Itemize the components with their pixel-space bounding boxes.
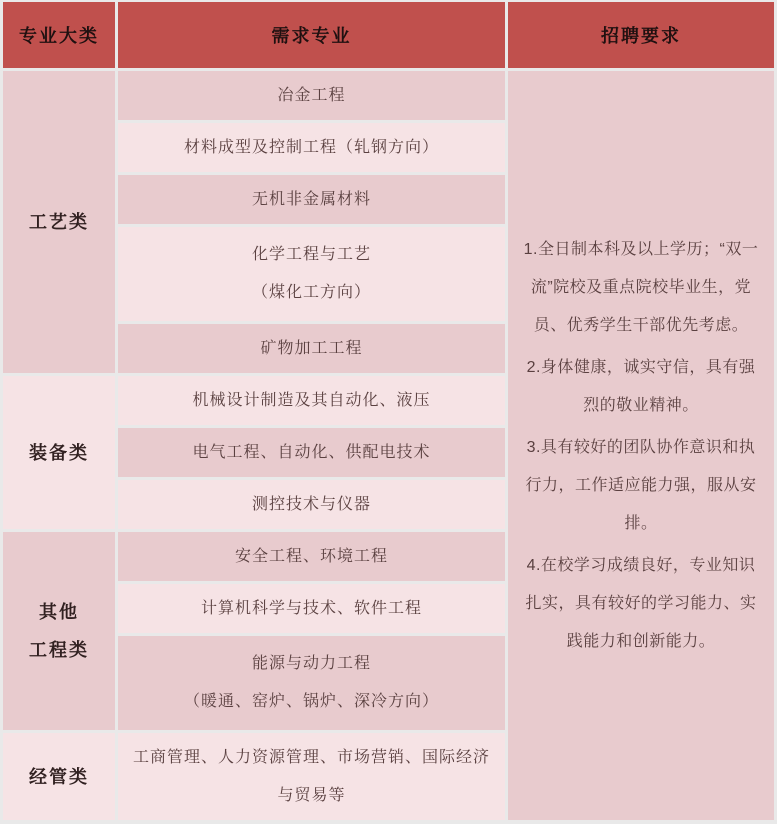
major-label: 化学工程与工艺 <box>252 236 371 274</box>
major-label: 电气工程、自动化、供配电技术 <box>192 434 430 472</box>
category-label: 经管类 <box>29 758 89 796</box>
header-requirements-label: 招聘要求 <box>601 22 681 48</box>
category-cell-economics-management: 经管类 <box>3 733 115 820</box>
requirement-item: 4.在校学习成绩良好，专业知识扎实，具有较好的学习能力、实践能力和创新能力。 <box>520 547 762 661</box>
major-label: 测控技术与仪器 <box>252 486 371 524</box>
major-cell: 测控技术与仪器 <box>118 480 505 529</box>
major-label: 机械设计制造及其自动化、液压 <box>192 382 430 420</box>
category-cell-process: 工艺类 <box>3 71 115 373</box>
category-cell-other-engineering: 其他 工程类 <box>3 532 115 730</box>
major-cell: 材料成型及控制工程（轧钢方向） <box>118 123 505 172</box>
major-cell: 无机非金属材料 <box>118 175 505 224</box>
requirement-item: 2.身体健康，诚实守信，具有强烈的敬业精神。 <box>520 349 762 425</box>
page: 专业大类 需求专业 招聘要求 工艺类 装备类 其他 工程类 经管类 冶金工程 材… <box>0 0 777 824</box>
major-cell: 化学工程与工艺 （煤化工方向） <box>118 227 505 321</box>
recruitment-table: 专业大类 需求专业 招聘要求 工艺类 装备类 其他 工程类 经管类 冶金工程 材… <box>3 2 774 820</box>
major-cell: 工商管理、人力资源管理、市场营销、国际经济 与贸易等 <box>118 733 505 820</box>
major-cell: 电气工程、自动化、供配电技术 <box>118 428 505 477</box>
major-label: （暖通、窑炉、锅炉、深冷方向） <box>184 683 439 721</box>
major-label: 安全工程、环境工程 <box>235 538 388 576</box>
major-label: 冶金工程 <box>277 77 345 115</box>
header-majors-label: 需求专业 <box>272 22 352 48</box>
major-label: （煤化工方向） <box>252 274 371 312</box>
header-category-label: 专业大类 <box>19 22 99 48</box>
major-label: 计算机科学与技术、软件工程 <box>201 590 422 628</box>
major-label: 材料成型及控制工程（轧钢方向） <box>184 129 439 167</box>
major-cell: 能源与动力工程 （暖通、窑炉、锅炉、深冷方向） <box>118 636 505 730</box>
category-cell-equipment: 装备类 <box>3 376 115 529</box>
category-label: 工程类 <box>29 631 89 669</box>
major-label: 与贸易等 <box>277 777 345 815</box>
major-cell: 安全工程、环境工程 <box>118 532 505 581</box>
header-cell-category: 专业大类 <box>3 2 115 68</box>
requirements-cell: 1.全日制本科及以上学历；“双一流”院校及重点院校毕业生，党员、优秀学生干部优先… <box>508 71 774 820</box>
major-label: 无机非金属材料 <box>252 181 371 219</box>
requirement-item: 1.全日制本科及以上学历；“双一流”院校及重点院校毕业生，党员、优秀学生干部优先… <box>520 231 762 345</box>
major-label: 矿物加工工程 <box>260 330 362 368</box>
major-cell: 机械设计制造及其自动化、液压 <box>118 376 505 425</box>
major-cell: 冶金工程 <box>118 71 505 120</box>
requirement-item: 3.具有较好的团队协作意识和执行力，工作适应能力强，服从安排。 <box>520 429 762 543</box>
header-cell-majors: 需求专业 <box>118 2 505 68</box>
major-cell: 矿物加工工程 <box>118 324 505 373</box>
major-label: 能源与动力工程 <box>252 645 371 683</box>
category-label: 工艺类 <box>29 203 89 241</box>
category-label: 其他 <box>39 593 79 631</box>
category-label: 装备类 <box>29 434 89 472</box>
major-label: 工商管理、人力资源管理、市场营销、国际经济 <box>133 739 490 777</box>
major-cell: 计算机科学与技术、软件工程 <box>118 584 505 633</box>
header-cell-requirements: 招聘要求 <box>508 2 774 68</box>
